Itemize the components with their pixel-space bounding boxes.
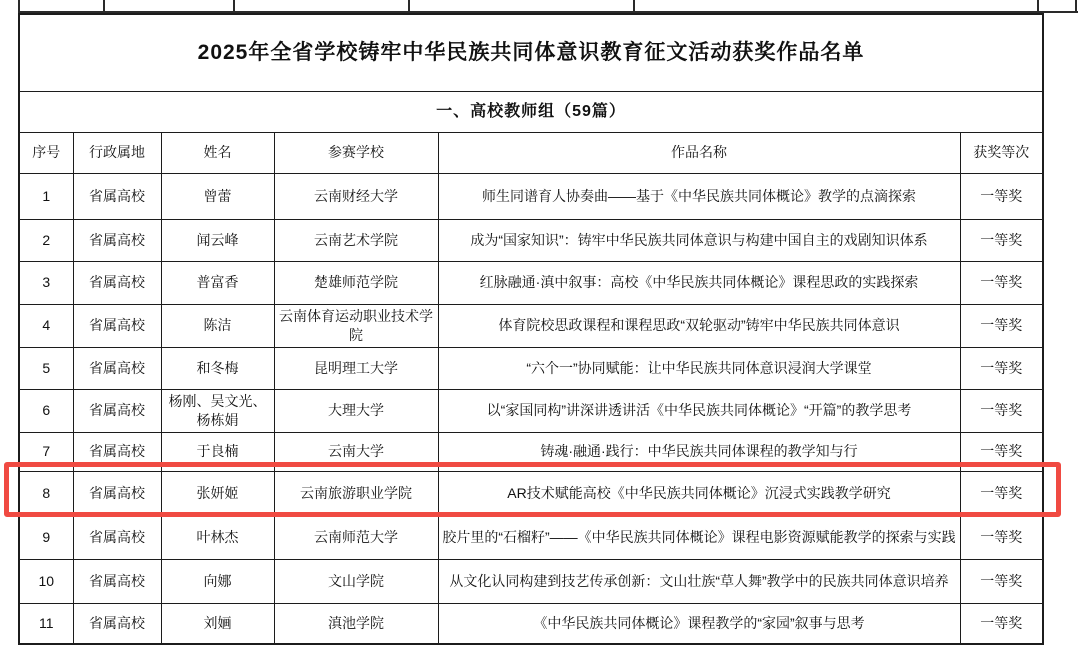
row-work: 铸魂·融通·践行：中华民族共同体课程的教学知与行 — [438, 432, 960, 471]
row-award: 一等奖 — [960, 389, 1043, 432]
row-name: 于良楠 — [161, 432, 274, 471]
row-name: 普富香 — [161, 261, 274, 304]
table-row: 3省属高校普富香楚雄师范学院红脉融通·滇中叙事：高校《中华民族共同体概论》课程思… — [19, 261, 1043, 304]
section-row: 一、高校教师组（59篇） — [19, 91, 1043, 132]
row-award: 一等奖 — [960, 173, 1043, 219]
row-region: 省属高校 — [73, 432, 161, 471]
col-header-region: 行政属地 — [73, 132, 161, 173]
row-name: 和冬梅 — [161, 347, 274, 389]
row-no: 11 — [19, 603, 73, 644]
row-no: 2 — [19, 219, 73, 261]
row-region: 省属高校 — [73, 559, 161, 603]
row-name: 叶林杰 — [161, 515, 274, 559]
row-work: 《中华民族共同体概论》课程教学的“家园”叙事与思考 — [438, 603, 960, 644]
row-no: 6 — [19, 389, 73, 432]
row-no: 10 — [19, 559, 73, 603]
table-row-highlighted: 8省属高校张妍姬云南旅游职业学院AR技术赋能高校《中华民族共同体概论》沉浸式实践… — [19, 471, 1043, 515]
row-work: 成为“国家知识”：铸牢中华民族共同体意识与构建中国自主的戏剧知识体系 — [438, 219, 960, 261]
row-no: 9 — [19, 515, 73, 559]
row-name: 陈洁 — [161, 304, 274, 347]
row-region: 省属高校 — [73, 347, 161, 389]
row-school: 云南艺术学院 — [274, 219, 438, 261]
section-title: 一、高校教师组（59篇） — [19, 91, 1043, 132]
table-header-row: 序号 行政属地 姓名 参赛学校 作品名称 获奖等次 — [19, 132, 1043, 173]
row-work: 红脉融通·滇中叙事：高校《中华民族共同体概论》课程思政的实践探索 — [438, 261, 960, 304]
row-no: 4 — [19, 304, 73, 347]
table-border-tick — [1075, 0, 1077, 13]
row-no: 8 — [19, 471, 73, 515]
row-name: 张妍姬 — [161, 471, 274, 515]
row-no: 7 — [19, 432, 73, 471]
title-row: 2025年全省学校铸牢中华民族共同体意识教育征文活动获奖作品名单 — [19, 14, 1043, 91]
document-page: 2025年全省学校铸牢中华民族共同体意识教育征文活动获奖作品名单 一、高校教师组… — [0, 0, 1080, 661]
award-table: 2025年全省学校铸牢中华民族共同体意识教育征文活动获奖作品名单 一、高校教师组… — [18, 13, 1044, 645]
row-work: 以“家国同构”讲深讲透讲活《中华民族共同体概论》“开篇”的教学思考 — [438, 389, 960, 432]
table-border-tick — [233, 0, 235, 13]
table-row: 1省属高校曾蕾云南财经大学师生同谱育人协奏曲——基于《中华民族共同体概论》教学的… — [19, 173, 1043, 219]
row-school: 云南师范大学 — [274, 515, 438, 559]
row-region: 省属高校 — [73, 304, 161, 347]
row-school: 云南旅游职业学院 — [274, 471, 438, 515]
document-title: 2025年全省学校铸牢中华民族共同体意识教育征文活动获奖作品名单 — [19, 14, 1043, 91]
row-school: 云南财经大学 — [274, 173, 438, 219]
row-region: 省属高校 — [73, 603, 161, 644]
row-school: 云南大学 — [274, 432, 438, 471]
row-award: 一等奖 — [960, 603, 1043, 644]
row-no: 5 — [19, 347, 73, 389]
row-award: 一等奖 — [960, 515, 1043, 559]
row-award: 一等奖 — [960, 219, 1043, 261]
row-school: 文山学院 — [274, 559, 438, 603]
row-work: 胶片里的“石榴籽”——《中华民族共同体概论》课程电影资源赋能教学的探索与实践 — [438, 515, 960, 559]
row-region: 省属高校 — [73, 471, 161, 515]
row-work: 师生同谱育人协奏曲——基于《中华民族共同体概论》教学的点滴探索 — [438, 173, 960, 219]
col-header-no: 序号 — [19, 132, 73, 173]
row-name: 刘婳 — [161, 603, 274, 644]
table-row: 10省属高校向娜文山学院从文化认同构建到技艺传承创新：文山壮族“草人舞”教学中的… — [19, 559, 1043, 603]
table-border-tick — [18, 0, 20, 13]
row-award: 一等奖 — [960, 304, 1043, 347]
table-row: 2省属高校闻云峰云南艺术学院成为“国家知识”：铸牢中华民族共同体意识与构建中国自… — [19, 219, 1043, 261]
row-work: “六个一”协同赋能：让中华民族共同体意识浸润大学课堂 — [438, 347, 960, 389]
row-award: 一等奖 — [960, 432, 1043, 471]
table-row: 9省属高校叶林杰云南师范大学胶片里的“石榴籽”——《中华民族共同体概论》课程电影… — [19, 515, 1043, 559]
row-region: 省属高校 — [73, 389, 161, 432]
col-header-name: 姓名 — [161, 132, 274, 173]
row-school: 昆明理工大学 — [274, 347, 438, 389]
row-school: 大理大学 — [274, 389, 438, 432]
table-border-tick — [1037, 0, 1039, 13]
row-award: 一等奖 — [960, 471, 1043, 515]
row-work: 体育院校思政课程和课程思政“双轮驱动”铸牢中华民族共同体意识 — [438, 304, 960, 347]
col-header-school: 参赛学校 — [274, 132, 438, 173]
table-row: 6省属高校杨刚、吴文光、杨栋娟大理大学以“家国同构”讲深讲透讲活《中华民族共同体… — [19, 389, 1043, 432]
table-row: 4省属高校陈洁云南体育运动职业技术学院体育院校思政课程和课程思政“双轮驱动”铸牢… — [19, 304, 1043, 347]
table-row: 5省属高校和冬梅昆明理工大学“六个一”协同赋能：让中华民族共同体意识浸润大学课堂… — [19, 347, 1043, 389]
table-row: 11省属高校刘婳滇池学院《中华民族共同体概论》课程教学的“家园”叙事与思考一等奖 — [19, 603, 1043, 644]
row-no: 1 — [19, 173, 73, 219]
row-name: 闻云峰 — [161, 219, 274, 261]
row-school: 楚雄师范学院 — [274, 261, 438, 304]
row-school: 云南体育运动职业技术学院 — [274, 304, 438, 347]
row-award: 一等奖 — [960, 261, 1043, 304]
row-region: 省属高校 — [73, 219, 161, 261]
row-no: 3 — [19, 261, 73, 304]
row-name: 向娜 — [161, 559, 274, 603]
col-header-award: 获奖等次 — [960, 132, 1043, 173]
row-work: 从文化认同构建到技艺传承创新：文山壮族“草人舞”教学中的民族共同体意识培养 — [438, 559, 960, 603]
row-award: 一等奖 — [960, 347, 1043, 389]
row-region: 省属高校 — [73, 515, 161, 559]
table-border-tick — [633, 0, 635, 13]
col-header-work: 作品名称 — [438, 132, 960, 173]
row-name: 曾蕾 — [161, 173, 274, 219]
table-row: 7省属高校于良楠云南大学铸魂·融通·践行：中华民族共同体课程的教学知与行一等奖 — [19, 432, 1043, 471]
row-work: AR技术赋能高校《中华民族共同体概论》沉浸式实践教学研究 — [438, 471, 960, 515]
table-border-tick — [103, 0, 105, 13]
row-award: 一等奖 — [960, 559, 1043, 603]
row-name: 杨刚、吴文光、杨栋娟 — [161, 389, 274, 432]
table-border-tick — [408, 0, 410, 13]
top-table-fragment — [18, 0, 1078, 13]
row-school: 滇池学院 — [274, 603, 438, 644]
row-region: 省属高校 — [73, 173, 161, 219]
row-region: 省属高校 — [73, 261, 161, 304]
